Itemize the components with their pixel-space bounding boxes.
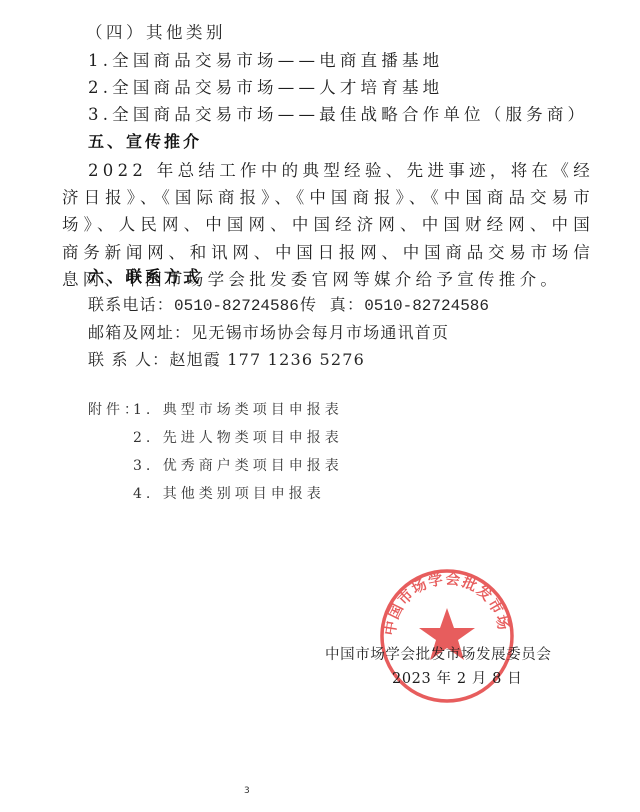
phone-value: 0510-82724586 bbox=[174, 297, 299, 315]
email-value: 见无锡市场协会每月市场通讯首页 bbox=[191, 323, 449, 342]
category-item-1: 1.全国商品交易市场——电商直播基地 bbox=[88, 50, 443, 72]
category-item-text: 全国商品交易市场——人才培育基地 bbox=[112, 78, 443, 97]
section-heading-contact: 六、联系方式 bbox=[88, 266, 202, 288]
category-item-text: 全国商品交易市场——电商直播基地 bbox=[112, 51, 443, 70]
attachment-item-3: 3. 优秀商户类项目申报表 bbox=[133, 456, 343, 476]
attachment-item-2: 2. 先进人物类项目申报表 bbox=[133, 428, 343, 448]
signature-date: 2023 年 2 月 8 日 bbox=[392, 669, 522, 689]
subsection-heading-other-categories: （四）其他类别 bbox=[86, 22, 226, 44]
category-item-number: 1. bbox=[88, 51, 112, 70]
signature-organization: 中国市场学会批发市场发展委员会 bbox=[325, 645, 552, 665]
category-item-text: 全国商品交易市场——最佳战略合作单位（服务商） bbox=[112, 105, 588, 124]
section-heading-publicity: 五、宣传推介 bbox=[88, 131, 202, 153]
category-item-2: 2.全国商品交易市场——人才培育基地 bbox=[88, 77, 443, 99]
attachment-item-1: 1. 典型市场类项目申报表 bbox=[133, 400, 343, 420]
category-item-3: 3.全国商品交易市场——最佳战略合作单位（服务商） bbox=[88, 104, 588, 126]
category-item-number: 3. bbox=[88, 105, 112, 124]
contact-phone-row: 联系电话：0510-82724586 bbox=[88, 294, 299, 317]
attachment-item-4: 4. 其他类别项目申报表 bbox=[133, 484, 325, 504]
category-item-number: 2. bbox=[88, 78, 112, 97]
contact-person-row: 联 系 人：赵旭霞 177 1236 5276 bbox=[88, 349, 365, 371]
email-label: 邮箱及网址： bbox=[88, 323, 191, 342]
fax-value: 0510-82724586 bbox=[364, 297, 489, 315]
contact-person-value: 赵旭霞 177 1236 5276 bbox=[169, 350, 365, 369]
fax-label: 传 真： bbox=[300, 295, 364, 314]
document-page: （四）其他类别 1.全国商品交易市场——电商直播基地 2.全国商品交易市场——人… bbox=[0, 0, 640, 812]
phone-label: 联系电话： bbox=[88, 295, 174, 314]
contact-fax-row: 传 真：0510-82724586 bbox=[300, 294, 489, 317]
page-number: 3 bbox=[244, 786, 250, 796]
contact-email-row: 邮箱及网址：见无锡市场协会每月市场通讯首页 bbox=[88, 322, 449, 344]
contact-person-label: 联 系 人： bbox=[88, 350, 169, 369]
